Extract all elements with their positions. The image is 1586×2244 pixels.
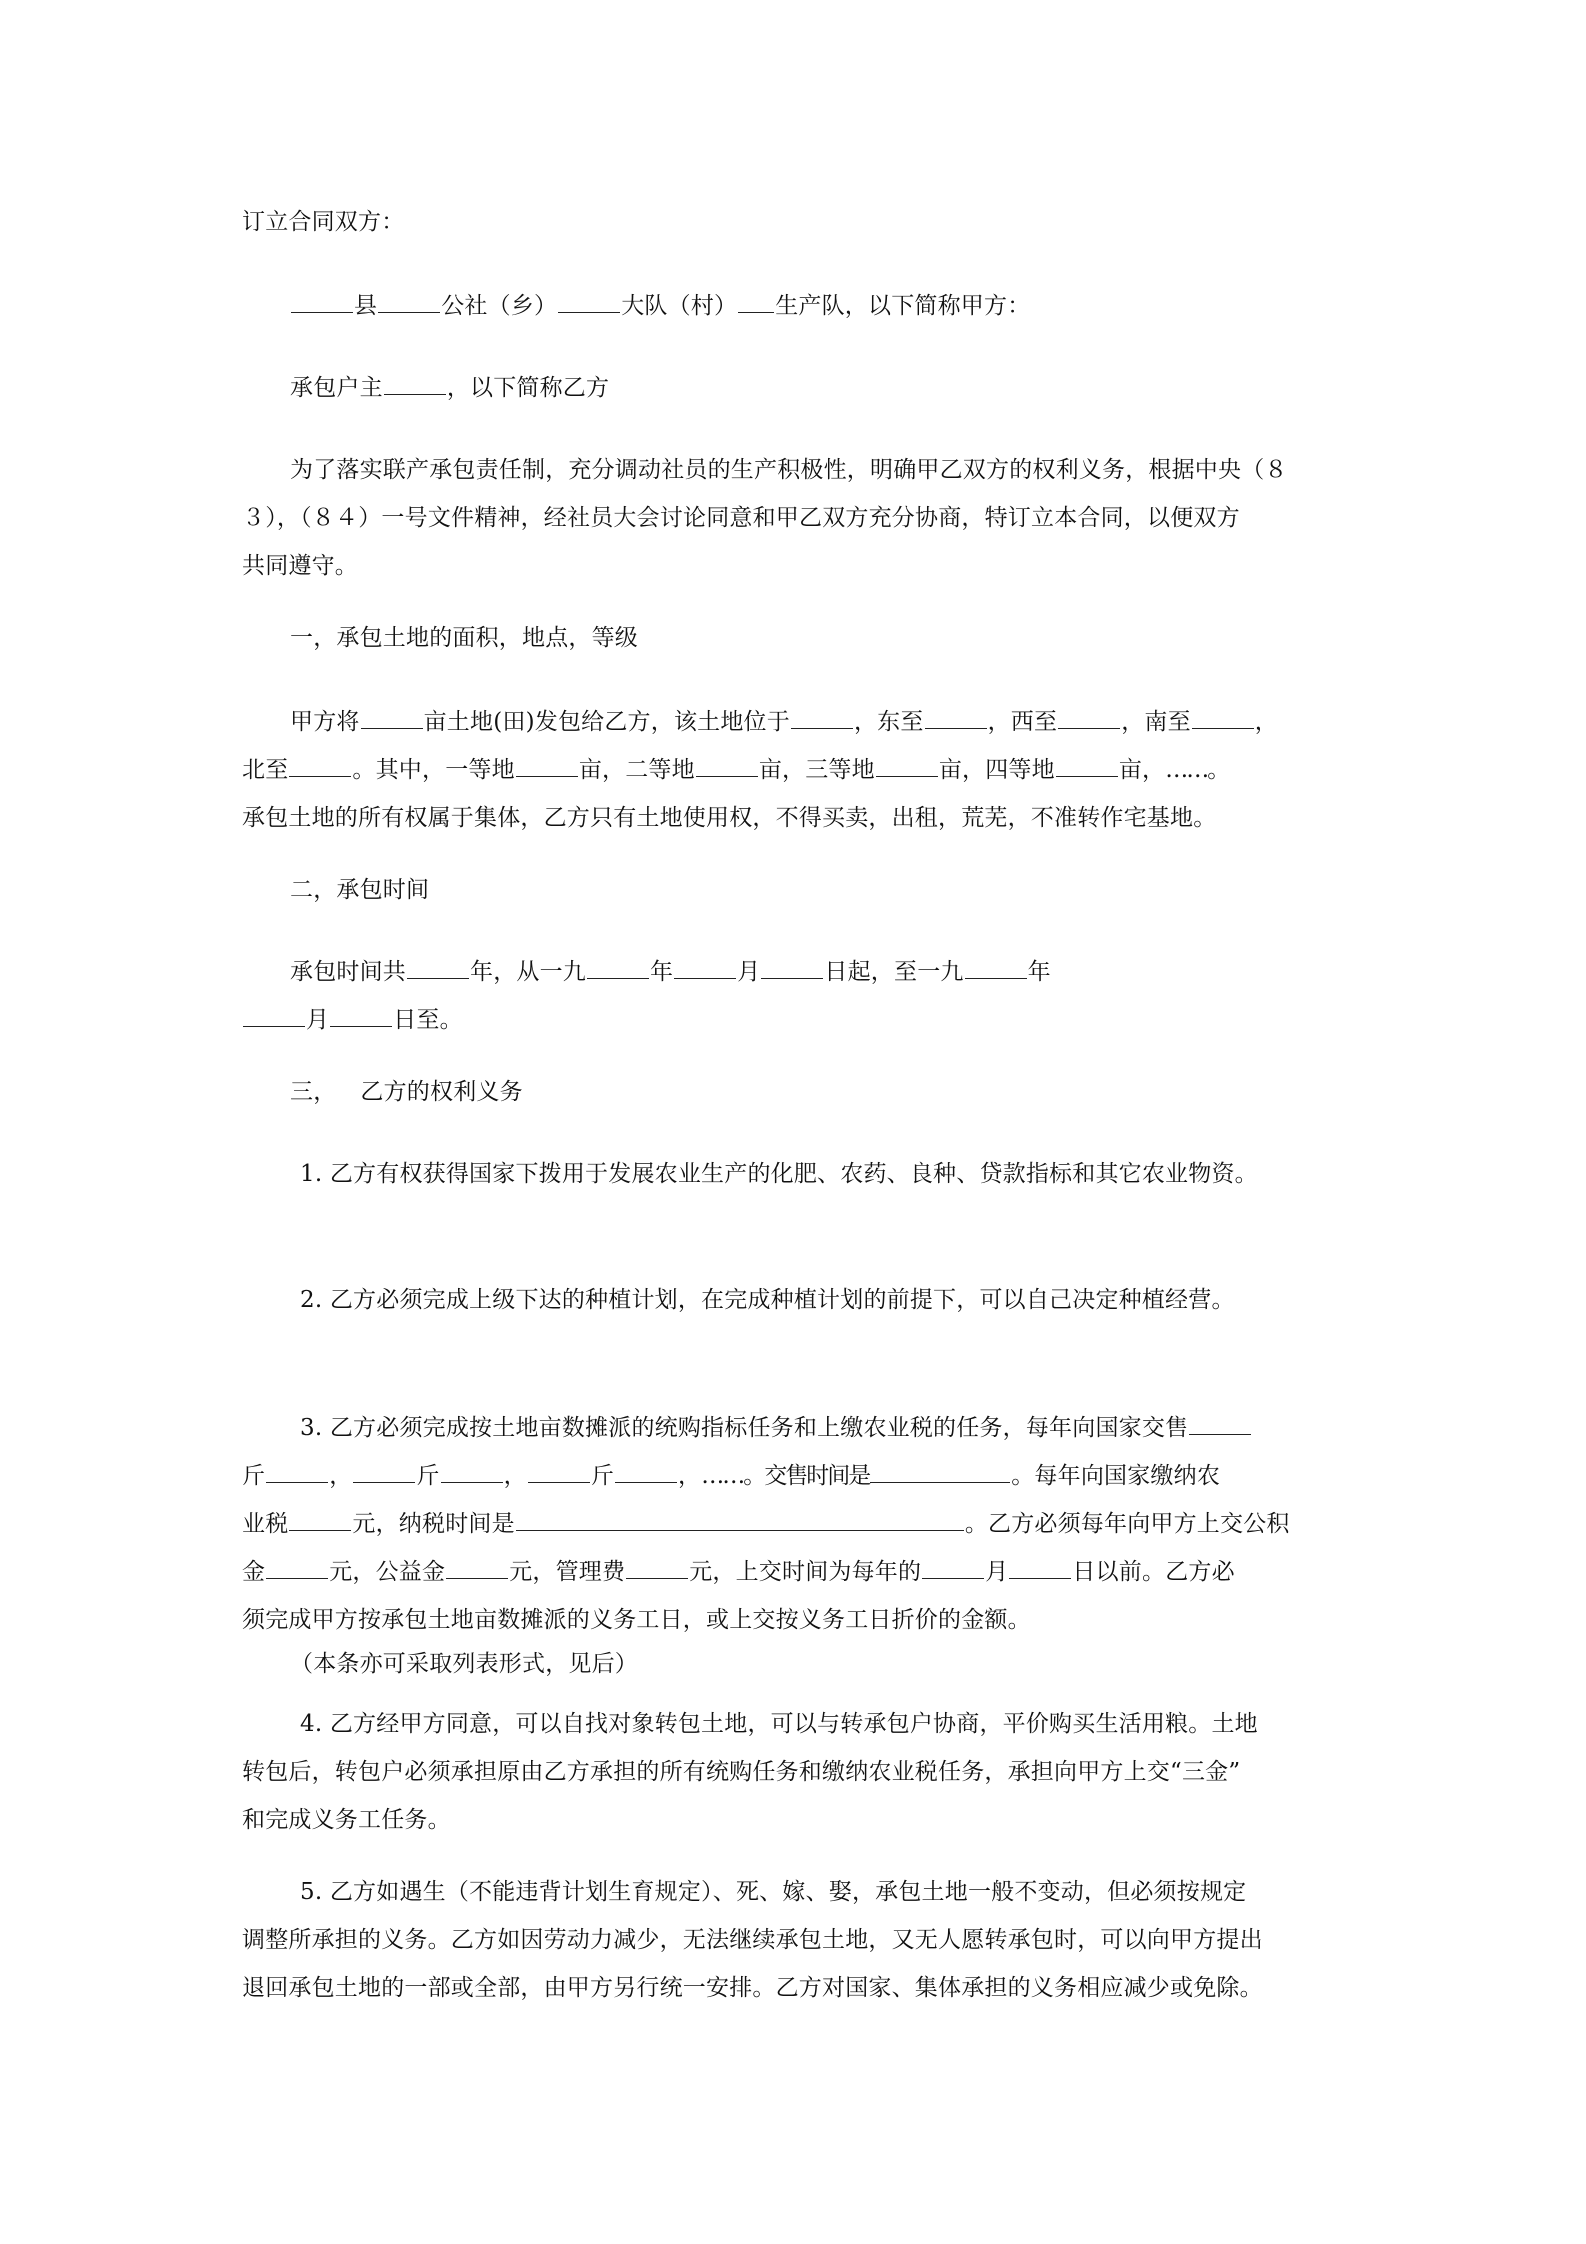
- tax-time-blank[interactable]: [516, 1507, 964, 1531]
- end-month-blank[interactable]: [243, 1003, 305, 1027]
- item-5: 5. 乙方如遇生（不能违背计划生育规定）、死、嫁、娶，承包土地一般不变动，但必须…: [242, 1868, 1348, 2012]
- area-blank[interactable]: [361, 705, 423, 729]
- location-blank[interactable]: [791, 705, 853, 729]
- start-day-blank[interactable]: [761, 955, 823, 979]
- qty2-blank[interactable]: [353, 1459, 415, 1483]
- start-month-blank[interactable]: [674, 955, 736, 979]
- section-3-heading: 三，乙方的权利义务: [242, 1068, 1396, 1116]
- start-year-blank[interactable]: [587, 955, 649, 979]
- years-blank[interactable]: [407, 955, 469, 979]
- section-2-body: 承包时间共年，从一九年月日起，至一九年 月日至。: [242, 948, 1348, 1044]
- management-fee-blank[interactable]: [626, 1555, 688, 1579]
- item-4: 4. 乙方经甲方同意，可以自找对象转包土地，可以与转承包户协商，平价购买生活用粮…: [242, 1700, 1348, 1844]
- party-b-line: 承包户主，以下简称乙方: [242, 364, 1396, 412]
- section-2-heading: 二，承包时间: [242, 866, 1396, 914]
- qty3-blank[interactable]: [528, 1459, 590, 1483]
- sale-qty-blank[interactable]: [1189, 1411, 1251, 1435]
- accumulation-fund-blank[interactable]: [266, 1555, 328, 1579]
- welfare-fund-blank[interactable]: [446, 1555, 508, 1579]
- crop3-blank[interactable]: [615, 1459, 677, 1483]
- pay-day-blank[interactable]: [1009, 1555, 1071, 1579]
- county-blank[interactable]: [291, 289, 353, 313]
- tax-amount-blank[interactable]: [289, 1507, 351, 1531]
- grade1-blank[interactable]: [516, 753, 578, 777]
- pay-month-blank[interactable]: [922, 1555, 984, 1579]
- grade2-blank[interactable]: [696, 753, 758, 777]
- section-1-body: 甲方将亩土地(田)发包给乙方，该土地位于，东至，西至，南至， 北至。其中，一等地…: [242, 698, 1348, 842]
- team-blank[interactable]: [738, 289, 774, 313]
- section-1-heading: 一，承包土地的面积，地点，等级: [242, 614, 1396, 662]
- party-a-line: 县公社（乡）大队（村）生产队，以下简称甲方：: [242, 282, 1396, 330]
- grade4-blank[interactable]: [1056, 753, 1118, 777]
- item-3-note: （本条亦可采取列表形式，见后）: [242, 1644, 1348, 1684]
- item-1: 1. 乙方有权获得国家下拨用于发展农业生产的化肥、农药、良种、贷款指标和其它农业…: [242, 1150, 1406, 1198]
- end-day-blank[interactable]: [330, 1003, 392, 1027]
- item-3: 3. 乙方必须完成按土地亩数摊派的统购指标任务和上缴农业税的任务，每年向国家交售…: [242, 1404, 1348, 1684]
- end-year-blank[interactable]: [965, 955, 1027, 979]
- west-blank[interactable]: [1058, 705, 1120, 729]
- brigade-blank[interactable]: [558, 289, 620, 313]
- preamble: 为了落实联产承包责任制，充分调动社员的生产积极性，明确甲乙双方的权利义务，根据中…: [242, 446, 1348, 590]
- crop1-blank[interactable]: [266, 1459, 328, 1483]
- household-head-blank[interactable]: [384, 371, 446, 395]
- parties-heading: 订立合同双方：: [242, 198, 1348, 246]
- item-2: 2. 乙方必须完成上级下达的种植计划，在完成种植计划的前提下，可以自己决定种植经…: [242, 1276, 1406, 1324]
- sale-time-blank[interactable]: [870, 1459, 1010, 1483]
- south-blank[interactable]: [1192, 705, 1254, 729]
- grade3-blank[interactable]: [876, 753, 938, 777]
- north-blank[interactable]: [289, 753, 351, 777]
- commune-blank[interactable]: [378, 289, 440, 313]
- east-blank[interactable]: [925, 705, 987, 729]
- crop2-blank[interactable]: [441, 1459, 503, 1483]
